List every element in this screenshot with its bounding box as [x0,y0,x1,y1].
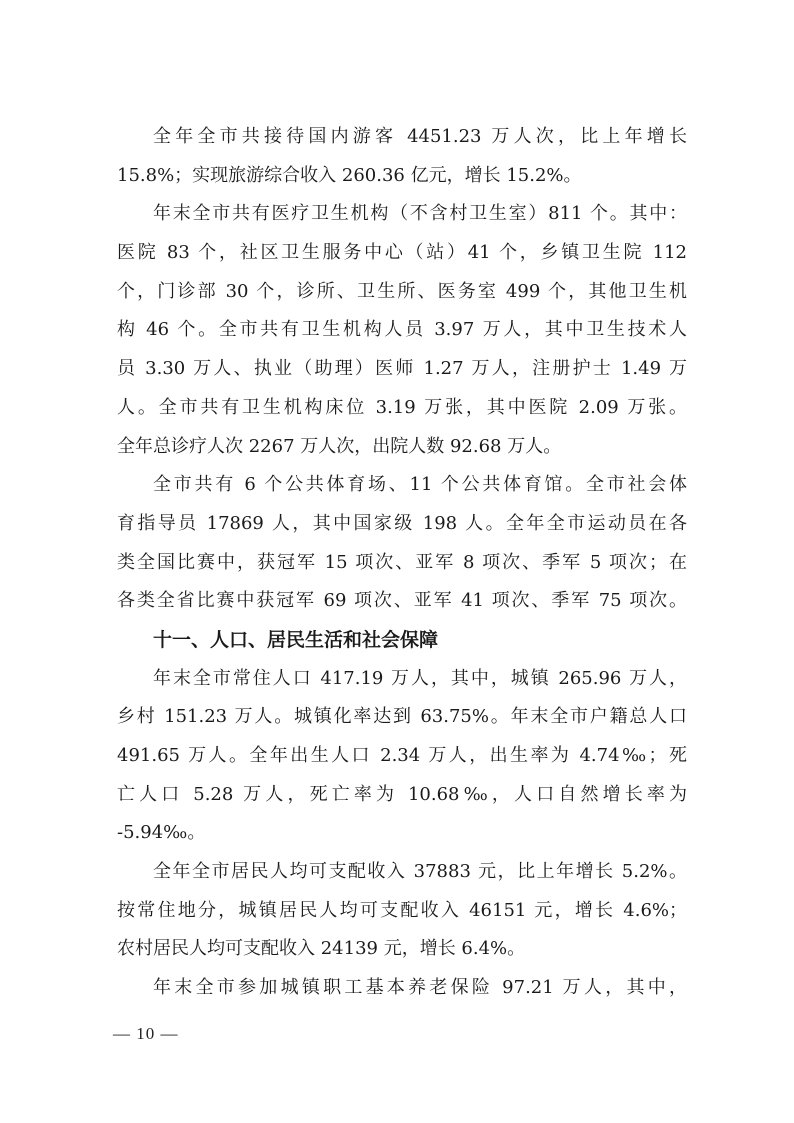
paragraph-income: 全年全市居民人均可支配收入 37883 元，比上年增长 5.2%。 按常住地分，… [117,853,687,969]
text-line: 全年全市居民人均可支配收入 37883 元，比上年增长 5.2%。 [117,853,687,892]
text-line: 年末全市共有医疗卫生机构（不含村卫生室）811 个。其中： [117,195,687,234]
text-line: 按常住地分，城镇居民人均可支配收入 46151 元，增长 4.6%； [117,892,687,931]
text-line: 个，门诊部 30 个，诊所、卫生所、医务室 499 个，其他卫生机 [117,273,687,312]
text-line: 医院 83 个，社区卫生服务中心（站）41 个，乡镇卫生院 112 [117,234,687,273]
text-line: 年末全市常住人口 417.19 万人，其中，城镇 265.96 万人， [117,660,687,699]
text-line: 亡人口 5.28 万人，死亡率为 10.68‰，人口自然增长率为 [117,776,687,815]
section-heading: 十一、人口、居民生活和社会保障 [117,621,687,660]
text-line: 人。全市共有卫生机构床位 3.19 万张，其中医院 2.09 万张。 [117,389,687,428]
text-line: 全年全市共接待国内游客 4451.23 万人次，比上年增长 [117,118,687,157]
text-line: 乡村 151.23 万人。城镇化率达到 63.75%。年末全市户籍总人口 [117,698,687,737]
text-line: 构 46 个。全市共有卫生机构人员 3.97 万人，其中卫生技术人 [117,311,687,350]
text-line: 员 3.30 万人、执业（助理）医师 1.27 万人，注册护士 1.49 万 [117,350,687,389]
paragraph-health: 年末全市共有医疗卫生机构（不含村卫生室）811 个。其中： 医院 83 个，社区… [117,195,687,466]
text-line: 各类全省比赛中获冠军 69 项次、亚军 41 项次、季军 75 项次。 [117,582,687,621]
text-line: 全年总诊疗人次 2267 万人次，出院人数 92.68 万人。 [117,428,687,467]
text-line: 491.65 万人。全年出生人口 2.34 万人，出生率为 4.74‰；死 [117,737,687,776]
page-number: — 10 — [113,1024,179,1044]
text-line: 15.8%；实现旅游综合收入 260.36 亿元，增长 15.2%。 [117,157,687,196]
paragraph-pension: 年末全市参加城镇职工基本养老保险 97.21 万人，其中， [117,969,687,1008]
document-body: 全年全市共接待国内游客 4451.23 万人次，比上年增长 15.8%；实现旅游… [117,118,687,1008]
document-page: 全年全市共接待国内游客 4451.23 万人次，比上年增长 15.8%；实现旅游… [0,0,794,1123]
text-line: 育指导员 17869 人，其中国家级 198 人。全年全市运动员在各 [117,505,687,544]
text-line: 类全国比赛中，获冠军 15 项次、亚军 8 项次、季军 5 项次；在 [117,544,687,583]
paragraph-sports: 全市共有 6 个公共体育场、11 个公共体育馆。全市社会体 育指导员 17869… [117,466,687,621]
text-line: 全市共有 6 个公共体育场、11 个公共体育馆。全市社会体 [117,466,687,505]
text-line: -5.94‰。 [117,814,687,853]
paragraph-population: 年末全市常住人口 417.19 万人，其中，城镇 265.96 万人， 乡村 1… [117,660,687,853]
text-line: 年末全市参加城镇职工基本养老保险 97.21 万人，其中， [117,969,687,1008]
text-line: 农村居民人均可支配收入 24139 元，增长 6.4%。 [117,930,687,969]
paragraph-tourism: 全年全市共接待国内游客 4451.23 万人次，比上年增长 15.8%；实现旅游… [117,118,687,195]
